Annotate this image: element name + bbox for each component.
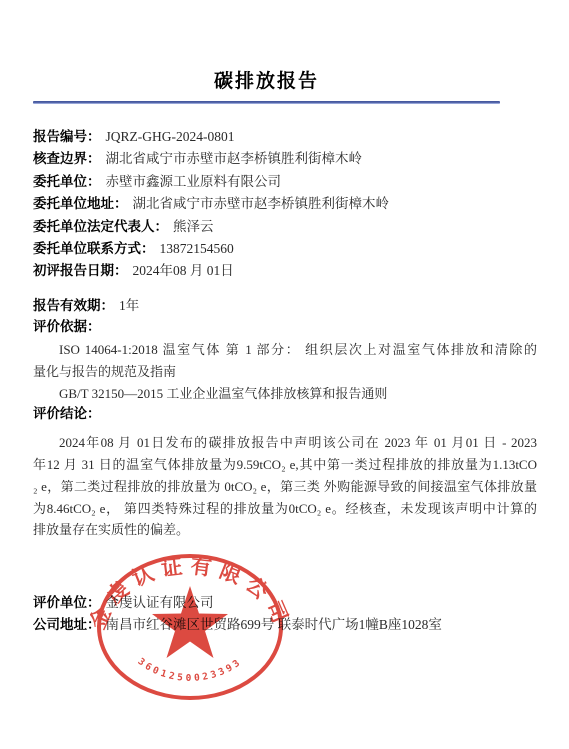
field-row: 报告编号： JQRZ-GHG-2024-0801 [33,126,537,148]
field-label: 核查边界： [33,148,101,170]
field-row: 初评报告日期： 2024年08 月 01日 [33,260,537,282]
conclusion-line: 排放量存在实质性的偏差。 [33,519,537,541]
field-label: 委托单位联系方式： [33,238,155,260]
validity-section: 报告有效期： 1年 [33,295,537,317]
basis-line: 量化与报告的规范及指南 [33,361,537,383]
field-row: 委托单位联系方式： 13872154560 [33,238,537,260]
field-row: 委托单位法定代表人： 熊泽云 [33,216,537,238]
field-row: 评价单位： 金虔认证有限公司 [33,592,442,614]
field-label: 委托单位法定代表人： [33,216,168,238]
field-value: 1年 [119,295,139,317]
basis-label: 评价依据： [33,317,537,339]
page-title: 碳排放报告 [33,0,500,94]
field-value: 南昌市红谷滩区世贸路699号 联泰时代广场1幢B座1028室 [106,614,442,636]
field-value: 金虔认证有限公司 [106,592,214,614]
conclusion-line: 为8.46tCO₂ e， 第四类特殊过程的排放量为0tCO₂ e。经核查，未发现… [33,498,537,520]
field-label: 委托单位： [33,171,101,193]
field-value: 熊泽云 [173,216,214,238]
field-label: 公司地址： [33,614,101,636]
field-value: JQRZ-GHG-2024-0801 [106,126,235,148]
field-label: 初评报告日期： [33,260,128,282]
field-label: 报告编号： [33,126,101,148]
report-fields: 报告编号： JQRZ-GHG-2024-0801 核查边界： 湖北省咸宁市赤壁市… [33,126,537,283]
conclusion-label: 评价结论： [33,404,537,426]
field-row: 委托单位： 赤壁市鑫源工业原料有限公司 [33,171,537,193]
field-value: 湖北省咸宁市赤壁市赵李桥镇胜利街樟木岭 [133,193,390,215]
conclusion-line: 年12 月 31 日的温室气体排放量为9.59tCO₂ e,其中第一类过程排放的… [33,454,537,476]
field-value: 2024年08 月 01日 [133,260,234,282]
field-value: 13872154560 [160,238,234,260]
basis-line: ISO 14064-1:2018 温室气体 第 1 部分： 组织层次上对温室气体… [33,339,537,361]
field-value: 赤壁市鑫源工业原料有限公司 [106,171,282,193]
seal-number-textpath: 3601250023393 [136,656,245,684]
title-divider [33,101,500,104]
field-label: 评价单位： [33,592,101,614]
field-label: 委托单位地址： [33,193,128,215]
basis-line: GB/T 32150—2015 工业企业温室气体排放核算和报告通则 [33,383,537,405]
footer-section: 评价单位： 金虔认证有限公司 公司地址： 南昌市红谷滩区世贸路699号 联泰时代… [33,592,442,637]
conclusion-line: 2024年08 月 01日发布的碳排放报告中声明该公司在 2023 年 01 月… [33,432,537,454]
seal-number-text: 3601250023393 [136,656,245,684]
field-row: 核查边界： 湖北省咸宁市赤壁市赵李桥镇胜利街樟木岭 [33,148,537,170]
basis-lines: ISO 14064-1:2018 温室气体 第 1 部分： 组织层次上对温室气体… [33,339,537,404]
field-label: 报告有效期： [33,295,114,317]
conclusion-line: ₂ e，第二类过程排放的排放量为 0tCO₂ e，第三类 外购能源导致的间接温室… [33,476,537,498]
field-row: 报告有效期： 1年 [33,295,537,317]
field-row: 公司地址： 南昌市红谷滩区世贸路699号 联泰时代广场1幢B座1028室 [33,614,442,636]
conclusion-paragraph: 2024年08 月 01日发布的碳排放报告中声明该公司在 2023 年 01 月… [33,432,537,541]
field-value: 湖北省咸宁市赤壁市赵李桥镇胜利街樟木岭 [106,148,363,170]
field-row: 委托单位地址： 湖北省咸宁市赤壁市赵李桥镇胜利街樟木岭 [33,193,537,215]
report-page: 碳排放报告 报告编号： JQRZ-GHG-2024-0801 核查边界： 湖北省… [0,0,569,749]
